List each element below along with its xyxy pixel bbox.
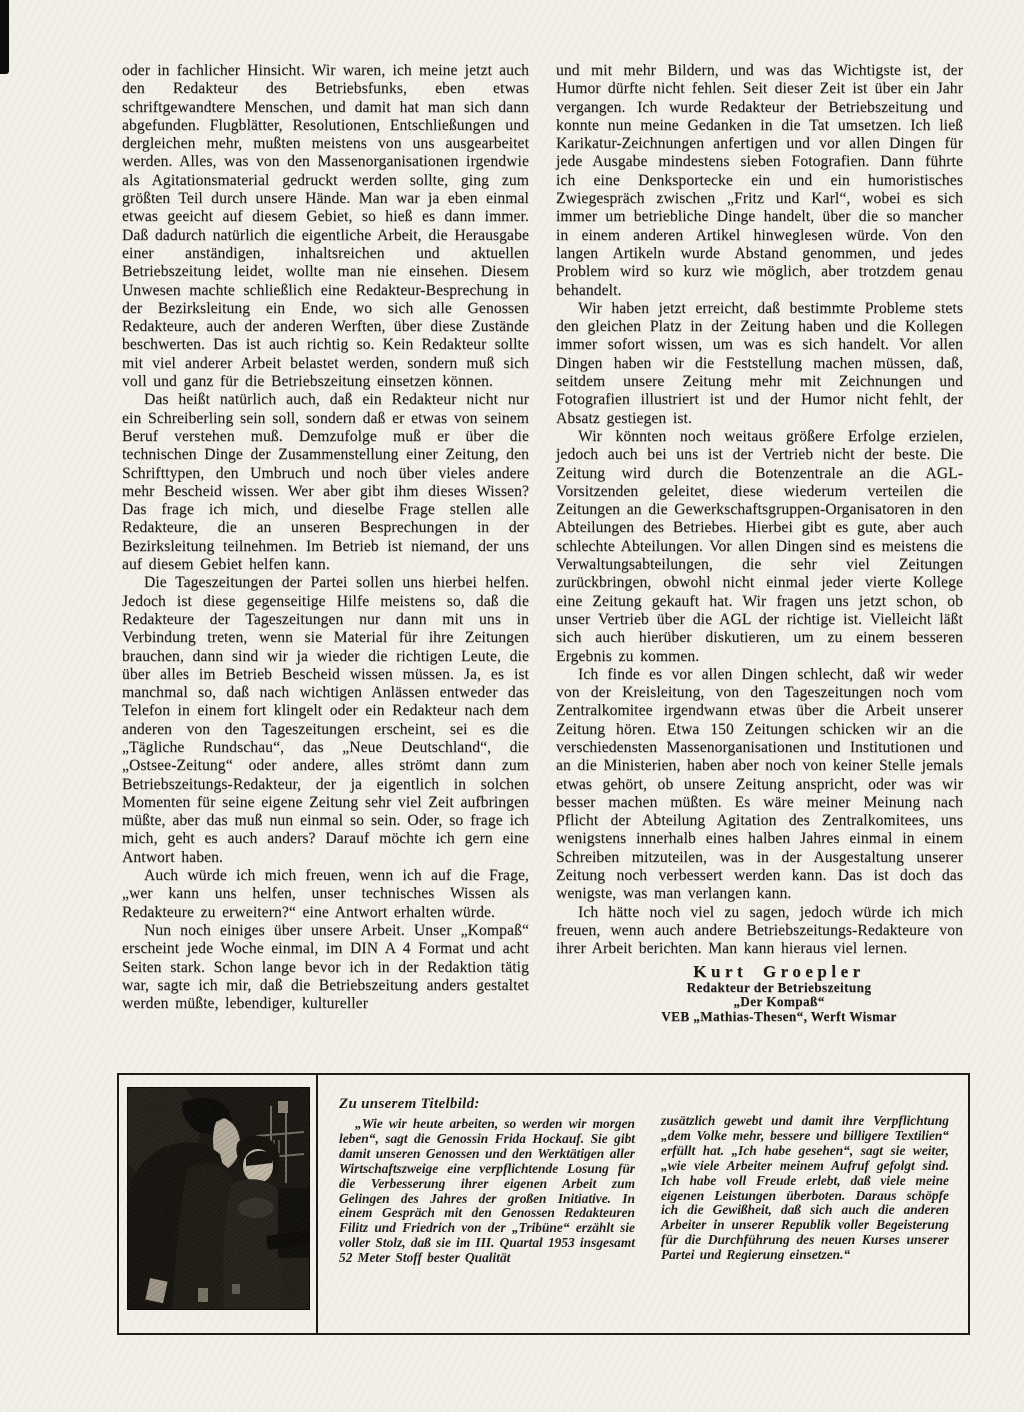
author-signature: Kurt Groepler Redakteur der Betriebszeit…	[609, 962, 949, 1025]
newspaper-name: „Der Kompaß“	[609, 995, 949, 1010]
paragraph: Wir könnten noch weitaus größere Erfolge…	[556, 428, 963, 666]
title-picture-heading: Zu unserem Titelbild:	[339, 1095, 635, 1113]
title-photo	[128, 1088, 309, 1309]
paragraph: Ich hätte noch viel zu sagen, jedoch wür…	[556, 904, 963, 959]
article-body: oder in fachlicher Hinsicht. Wir waren, …	[122, 62, 964, 1024]
author-name: Kurt Groepler	[609, 962, 949, 981]
title-picture-box: Zu unserem Titelbild: „Wie wir heute arb…	[117, 1073, 970, 1335]
left-column: oder in fachlicher Hinsicht. Wir waren, …	[122, 62, 529, 1024]
box-divider	[316, 1075, 318, 1333]
author-role: Redakteur der Betriebszeitung	[609, 981, 949, 996]
title-picture-column-2: zusätzlich gewebt und damit ihre Verpfli…	[661, 1095, 949, 1266]
paragraph: zusätzlich gewebt und damit ihre Verpfli…	[661, 1114, 949, 1263]
paragraph: Nun noch einiges über unsere Arbeit. Uns…	[122, 922, 529, 1013]
paragraph: Die Tageszeitungen der Partei sollen uns…	[122, 574, 529, 867]
paragraph: Auch würde ich mich freuen, wenn ich auf…	[122, 867, 529, 922]
scanned-page: oder in fachlicher Hinsicht. Wir waren, …	[0, 0, 1024, 1412]
paragraph: Ich finde es vor allen Dingen schlecht, …	[556, 666, 963, 904]
company-name: VEB „Mathias-Thesen“, Werft Wismar	[609, 1010, 949, 1025]
paragraph: „Wie wir heute arbeiten, so werden wir m…	[339, 1117, 635, 1266]
paragraph: Das heißt natürlich auch, daß ein Redakt…	[122, 391, 529, 574]
scan-edge-artifact	[0, 0, 9, 74]
title-picture-text: Zu unserem Titelbild: „Wie wir heute arb…	[339, 1095, 949, 1266]
paragraph: oder in fachlicher Hinsicht. Wir waren, …	[122, 62, 529, 391]
paragraph: und mit mehr Bildern, und was das Wichti…	[556, 62, 963, 300]
paragraph: Wir haben jetzt erreicht, daß bestimmte …	[556, 300, 963, 428]
title-picture-column-1: Zu unserem Titelbild: „Wie wir heute arb…	[339, 1095, 635, 1266]
right-column: und mit mehr Bildern, und was das Wichti…	[556, 62, 963, 1024]
title-photo-illustration	[128, 1088, 309, 1309]
